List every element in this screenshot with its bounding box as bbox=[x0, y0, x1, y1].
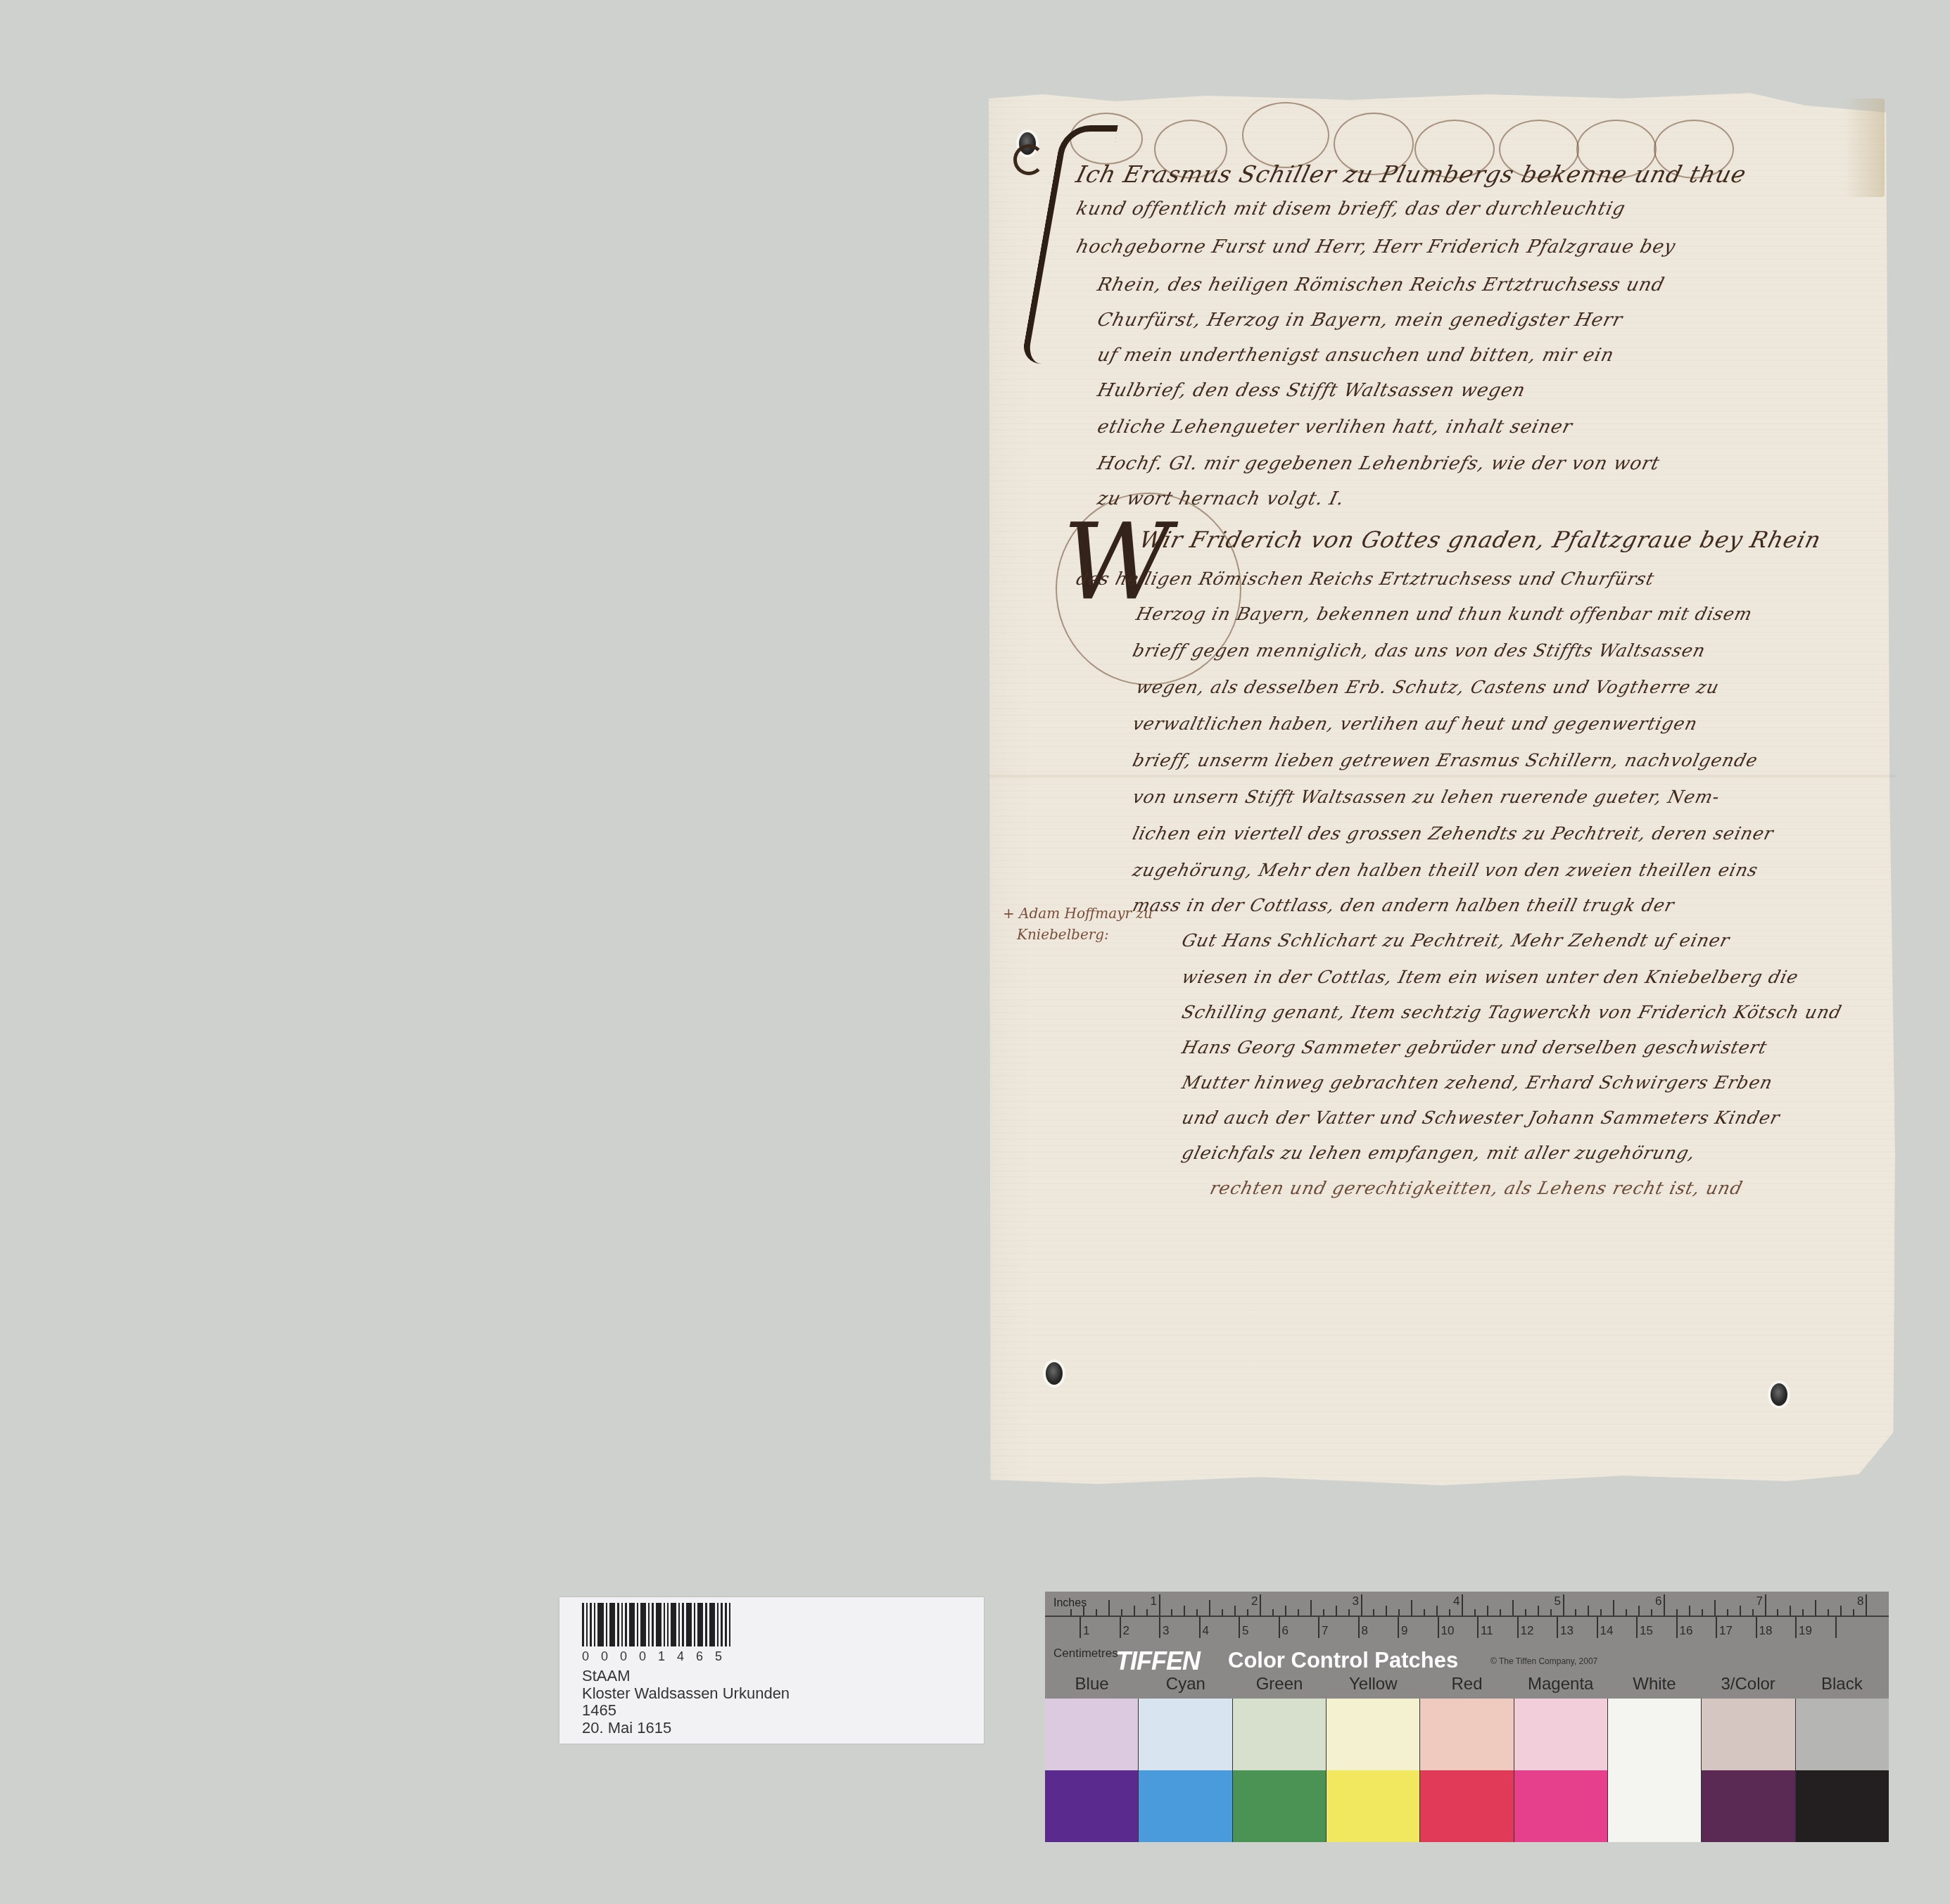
inch-tick bbox=[1815, 1600, 1816, 1616]
edge-stain bbox=[1844, 99, 1885, 197]
inch-tick bbox=[1386, 1606, 1387, 1616]
inch-tick bbox=[1487, 1606, 1488, 1616]
cm-tick bbox=[1318, 1617, 1319, 1638]
patch-light bbox=[1233, 1699, 1326, 1770]
patch-dark bbox=[1139, 1770, 1232, 1842]
patch-column-3color bbox=[1702, 1699, 1795, 1842]
inch-tick bbox=[1512, 1600, 1514, 1616]
cm-tick-label: 10 bbox=[1441, 1624, 1455, 1638]
text-line: Schilling genant, Item sechtzig Tagwerck… bbox=[1179, 1002, 1844, 1022]
cm-tick bbox=[1438, 1617, 1439, 1638]
inch-tick-label: 7 bbox=[1756, 1594, 1763, 1608]
mounting-hole-bottom-left bbox=[1046, 1362, 1063, 1385]
patch-column-magenta bbox=[1514, 1699, 1608, 1842]
text-line: Herzog in Bayern, bekennen und thun kund… bbox=[1134, 604, 1754, 624]
inch-tick bbox=[1373, 1609, 1374, 1616]
cm-tick-label: 19 bbox=[1799, 1624, 1812, 1638]
inch-tick bbox=[1310, 1600, 1312, 1616]
cm-tick bbox=[1239, 1617, 1240, 1638]
text-line: Rhein, des heiligen Römischen Reichs Ert… bbox=[1095, 274, 1666, 296]
inch-tick-label: 6 bbox=[1655, 1594, 1661, 1608]
inch-tick bbox=[1613, 1600, 1614, 1616]
cm-tick bbox=[1795, 1617, 1797, 1638]
patch-dark bbox=[1045, 1770, 1138, 1842]
cm-tick bbox=[1159, 1617, 1160, 1638]
inch-tick bbox=[1121, 1609, 1122, 1616]
patch-column-white bbox=[1608, 1699, 1702, 1842]
cm-tick bbox=[1120, 1617, 1121, 1638]
inch-tick bbox=[1853, 1609, 1854, 1616]
text-line: und auch der Vatter und Schwester Johann… bbox=[1179, 1108, 1782, 1128]
inch-tick bbox=[1790, 1606, 1791, 1616]
patch-dark bbox=[1327, 1770, 1419, 1842]
cm-tick bbox=[1597, 1617, 1598, 1638]
cm-tick bbox=[1477, 1617, 1479, 1638]
inch-tick bbox=[1714, 1600, 1716, 1616]
inch-tick bbox=[1777, 1609, 1778, 1616]
inch-tick-label: 4 bbox=[1453, 1594, 1460, 1608]
inch-tick bbox=[1689, 1606, 1690, 1616]
chart-title: Color Control Patches bbox=[1228, 1648, 1458, 1673]
cm-tick-label: 2 bbox=[1123, 1624, 1129, 1638]
patch-labels: Blue Cyan Green Yellow Red Magenta White… bbox=[1045, 1675, 1889, 1699]
patch-column-green bbox=[1233, 1699, 1327, 1842]
cm-tick-label: 18 bbox=[1759, 1624, 1773, 1638]
cm-tick-label: 5 bbox=[1242, 1624, 1248, 1638]
patch-light bbox=[1327, 1699, 1419, 1770]
inch-tick-label: 1 bbox=[1151, 1594, 1157, 1608]
patch-column-yellow bbox=[1327, 1699, 1420, 1842]
inch-tick bbox=[1171, 1609, 1172, 1616]
cm-tick bbox=[1358, 1617, 1360, 1638]
document-number: 1465 bbox=[582, 1702, 790, 1720]
inch-tick bbox=[1096, 1609, 1097, 1616]
text-line: uf mein underthenigst ansuchen und bitte… bbox=[1095, 345, 1616, 366]
inch-tick bbox=[1702, 1609, 1703, 1616]
cm-tick-label: 8 bbox=[1362, 1624, 1368, 1638]
inch-tick bbox=[1083, 1606, 1084, 1616]
inch-major-tick bbox=[1563, 1594, 1564, 1616]
text-line: wiesen in der Cottlas, Item ein wisen un… bbox=[1179, 967, 1801, 987]
patch-light bbox=[1796, 1699, 1889, 1770]
inch-tick bbox=[1840, 1606, 1842, 1616]
text-line: verwaltlichen haben, verlihen auf heut u… bbox=[1130, 713, 1699, 734]
cm-tick-label: 7 bbox=[1322, 1624, 1328, 1638]
cm-tick bbox=[1279, 1617, 1280, 1638]
text-line: brieff, unserm lieben getrewen Erasmus S… bbox=[1130, 750, 1760, 770]
inch-tick bbox=[1538, 1606, 1539, 1616]
patch-label-blue: Blue bbox=[1045, 1675, 1139, 1699]
text-line: gleichfals zu lehen empfangen, mit aller… bbox=[1179, 1143, 1697, 1163]
inch-tick bbox=[1802, 1609, 1804, 1616]
inch-tick bbox=[1424, 1609, 1425, 1616]
patch-light bbox=[1514, 1699, 1607, 1770]
cm-tick-label: 17 bbox=[1719, 1624, 1733, 1638]
inch-tick-label: 3 bbox=[1353, 1594, 1359, 1608]
inch-tick bbox=[1348, 1609, 1350, 1616]
archive-label: 00001465 StAAM Kloster Waldsassen Urkund… bbox=[559, 1597, 984, 1744]
cm-tick-label: 16 bbox=[1680, 1624, 1693, 1638]
inch-tick bbox=[1651, 1609, 1652, 1616]
text-line: mass in der Cottlass, den andern halben … bbox=[1130, 895, 1676, 915]
patch-dark bbox=[1420, 1770, 1513, 1842]
margin-note-line: Kniebelberg: bbox=[1003, 924, 1158, 945]
inch-tick bbox=[1222, 1609, 1223, 1616]
inch-tick-label: 2 bbox=[1251, 1594, 1258, 1608]
inch-tick bbox=[1828, 1609, 1829, 1616]
patch-label-yellow: Yellow bbox=[1327, 1675, 1420, 1699]
cm-tick bbox=[1676, 1617, 1678, 1638]
cm-tick-label: 12 bbox=[1521, 1624, 1534, 1638]
patch-label-3color: 3/Color bbox=[1702, 1675, 1795, 1699]
flourish bbox=[1242, 102, 1329, 168]
inch-tick bbox=[1070, 1609, 1072, 1616]
initial-i-curl bbox=[1013, 144, 1044, 175]
decorated-initial-w: W bbox=[1063, 507, 1147, 619]
inch-tick bbox=[1474, 1609, 1476, 1616]
inch-tick bbox=[1575, 1609, 1576, 1616]
inch-tick bbox=[1740, 1606, 1741, 1616]
inches-label: Inches bbox=[1053, 1597, 1087, 1610]
inch-major-tick bbox=[1260, 1594, 1261, 1616]
inch-tick bbox=[1234, 1606, 1236, 1616]
inch-tick bbox=[1436, 1606, 1438, 1616]
patch-dark bbox=[1233, 1770, 1326, 1842]
cm-tick bbox=[1199, 1617, 1201, 1638]
inch-tick bbox=[1600, 1609, 1602, 1616]
barcode bbox=[582, 1603, 730, 1646]
text-line: Gut Hans Schlichart zu Pechtreit, Mehr Z… bbox=[1179, 930, 1732, 951]
text-line: lichen ein viertell des grossen Zehendts… bbox=[1130, 823, 1775, 844]
text-line: zu wort hernach volgt. I. bbox=[1095, 488, 1346, 509]
text-line: brieff gegen menniglich, das uns von des… bbox=[1130, 640, 1707, 661]
text-line: Churfürst, Herzog in Bayern, mein genedi… bbox=[1095, 310, 1625, 331]
patch-column-blue bbox=[1045, 1699, 1139, 1842]
cm-tick bbox=[1716, 1617, 1717, 1638]
patch-light bbox=[1139, 1699, 1232, 1770]
text-line: Ich Erasmus Schiller zu Plumbergs bekenn… bbox=[1073, 160, 1749, 188]
text-line: zugehörung, Mehr den halben theill von d… bbox=[1130, 860, 1760, 880]
inch-tick bbox=[1398, 1609, 1400, 1616]
inch-major-tick bbox=[1361, 1594, 1362, 1616]
patch-label-cyan: Cyan bbox=[1139, 1675, 1232, 1699]
inch-tick bbox=[1550, 1609, 1552, 1616]
patch-label-magenta: Magenta bbox=[1514, 1675, 1607, 1699]
text-line: Hans Georg Sammeter gebrüder und derselb… bbox=[1179, 1037, 1769, 1058]
patch-dark bbox=[1702, 1770, 1794, 1842]
patch-label-green: Green bbox=[1232, 1675, 1326, 1699]
patch-dark bbox=[1796, 1770, 1889, 1842]
inch-tick bbox=[1500, 1609, 1501, 1616]
text-line: etliche Lehengueter verlihen hatt, inhal… bbox=[1095, 417, 1575, 438]
inch-tick bbox=[1108, 1600, 1110, 1616]
inch-tick bbox=[1525, 1609, 1526, 1616]
cm-tick-label: 9 bbox=[1401, 1624, 1407, 1638]
cm-tick bbox=[1080, 1617, 1081, 1638]
text-line: rechten und gerechtigkeitten, als Lehens… bbox=[1208, 1178, 1745, 1198]
patch-light bbox=[1045, 1699, 1138, 1770]
cm-tick-label: 3 bbox=[1163, 1624, 1169, 1638]
inch-major-tick bbox=[1462, 1594, 1463, 1616]
cm-tick-label: 11 bbox=[1481, 1624, 1493, 1638]
inch-major-tick bbox=[1159, 1594, 1160, 1616]
text-line: Wir Friderich von Gottes gnaden, Pfaltzg… bbox=[1137, 526, 1824, 553]
chart-copyright: © The Tiffen Company, 2007 bbox=[1490, 1656, 1597, 1666]
page-fold-crease bbox=[989, 774, 1895, 778]
inch-tick bbox=[1411, 1600, 1412, 1616]
text-line: Hochf. Gl. mir gegebenen Lehenbriefs, wi… bbox=[1095, 453, 1662, 474]
patch-column-black bbox=[1796, 1699, 1889, 1842]
inch-tick bbox=[1727, 1609, 1728, 1616]
archive-name: StAAM bbox=[582, 1668, 790, 1685]
inch-tick bbox=[1298, 1609, 1299, 1616]
text-line: des heiligen Römischen Reichs Ertztruchs… bbox=[1074, 569, 1657, 589]
inch-tick bbox=[1196, 1609, 1198, 1616]
cm-tick bbox=[1835, 1617, 1837, 1638]
inch-tick bbox=[1638, 1606, 1640, 1616]
cm-tick-label: 4 bbox=[1203, 1624, 1209, 1638]
patch-column-red bbox=[1420, 1699, 1514, 1842]
patch-label-red: Red bbox=[1420, 1675, 1514, 1699]
document-date: 20. Mai 1615 bbox=[582, 1720, 790, 1737]
color-patches bbox=[1045, 1699, 1889, 1842]
cm-tick bbox=[1557, 1617, 1558, 1638]
text-line: Hulbrief, den dess Stifft Waltsassen weg… bbox=[1095, 380, 1528, 401]
tiffen-color-chart: Inches Centimetres 123456781234567891011… bbox=[1045, 1592, 1889, 1842]
inch-tick-label: 8 bbox=[1857, 1594, 1863, 1608]
inch-tick bbox=[1247, 1609, 1248, 1616]
text-line: hochgeborne Furst und Herr, Herr Frideri… bbox=[1074, 236, 1678, 258]
cm-tick-label: 15 bbox=[1640, 1624, 1653, 1638]
inch-tick bbox=[1184, 1606, 1185, 1616]
centimetres-label: Centimetres bbox=[1053, 1646, 1118, 1661]
margin-note-line: + Adam Hoffmayr zu bbox=[1003, 903, 1158, 924]
patch-light bbox=[1702, 1699, 1794, 1770]
inch-tick bbox=[1323, 1609, 1324, 1616]
patch-light bbox=[1608, 1699, 1701, 1770]
patch-dark bbox=[1608, 1770, 1701, 1842]
inch-tick bbox=[1588, 1606, 1589, 1616]
patch-label-white: White bbox=[1607, 1675, 1701, 1699]
cm-tick bbox=[1398, 1617, 1399, 1638]
cm-tick bbox=[1517, 1617, 1519, 1638]
inch-tick bbox=[1626, 1609, 1627, 1616]
collection-name: Kloster Waldsassen Urkunden bbox=[582, 1685, 790, 1703]
inch-tick bbox=[1209, 1600, 1210, 1616]
patch-light bbox=[1420, 1699, 1513, 1770]
text-line: Mutter hinweg gebrachten zehend, Erhard … bbox=[1179, 1072, 1775, 1093]
cm-tick-label: 6 bbox=[1282, 1624, 1289, 1638]
inch-tick bbox=[1146, 1609, 1148, 1616]
inch-tick bbox=[1285, 1606, 1286, 1616]
inch-tick bbox=[1336, 1606, 1337, 1616]
inch-tick bbox=[1272, 1609, 1274, 1616]
inch-tick-label: 5 bbox=[1555, 1594, 1561, 1608]
patch-dark bbox=[1514, 1770, 1607, 1842]
cm-tick-label: 1 bbox=[1083, 1624, 1089, 1638]
cm-tick-label: 13 bbox=[1560, 1624, 1574, 1638]
ruler-line bbox=[1045, 1616, 1889, 1617]
inch-major-tick bbox=[1866, 1594, 1867, 1616]
inch-tick bbox=[1752, 1609, 1754, 1616]
mounting-hole-bottom-right bbox=[1771, 1383, 1787, 1406]
inch-major-tick bbox=[1765, 1594, 1766, 1616]
ruler: Inches Centimetres 123456781234567891011… bbox=[1045, 1592, 1889, 1642]
margin-annotation: + Adam Hoffmayr zu Kniebelberg: bbox=[1003, 903, 1158, 945]
cm-tick-label: 14 bbox=[1600, 1624, 1614, 1638]
inch-major-tick bbox=[1664, 1594, 1665, 1616]
inch-tick bbox=[1676, 1609, 1678, 1616]
cm-tick bbox=[1636, 1617, 1638, 1638]
patch-label-black: Black bbox=[1795, 1675, 1889, 1699]
patch-column-cyan bbox=[1139, 1699, 1232, 1842]
tiffen-logo: TIFFEN bbox=[1115, 1646, 1200, 1676]
text-line: wegen, als desselben Erb. Schutz, Casten… bbox=[1134, 677, 1721, 697]
text-line: von unsern Stifft Waltsassen zu lehen ru… bbox=[1130, 787, 1722, 807]
inch-tick bbox=[1449, 1609, 1450, 1616]
barcode-number: 00001465 bbox=[582, 1649, 734, 1664]
label-text: StAAM Kloster Waldsassen Urkunden 1465 2… bbox=[582, 1668, 790, 1737]
text-line: kund offentlich mit disem brieff, das de… bbox=[1074, 198, 1628, 220]
inch-tick bbox=[1134, 1606, 1135, 1616]
cm-tick bbox=[1756, 1617, 1757, 1638]
